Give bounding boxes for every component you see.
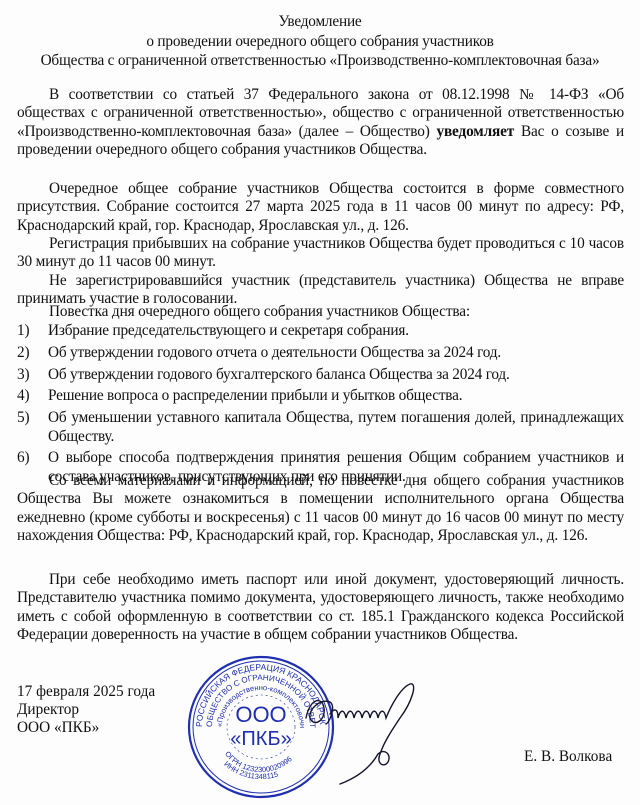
signature-date: 17 февраля 2025 года bbox=[17, 683, 155, 701]
document-title: Уведомление bbox=[0, 12, 640, 31]
signer-company: ООО «ПКБ» bbox=[17, 719, 99, 737]
document-page: Уведомление о проведении очередного обще… bbox=[0, 0, 640, 805]
handwritten-signature-icon bbox=[300, 678, 440, 788]
agenda-item-number: 3) bbox=[17, 366, 29, 384]
agenda-item-number: 6) bbox=[17, 449, 29, 467]
registration-paragraph: Регистрация прибывших на собрание участн… bbox=[17, 235, 624, 272]
agenda-item-number: 5) bbox=[17, 409, 29, 427]
intro-paragraph: В соответствии со статьей 37 Федеральног… bbox=[17, 86, 624, 160]
agenda-item: 2)Об утверждении годового отчета о деяте… bbox=[17, 344, 624, 362]
agenda-item-text: Об уменьшении уставного капитала Обществ… bbox=[48, 409, 624, 444]
documents-required-paragraph: При себе необходимо иметь паспорт или ин… bbox=[17, 571, 624, 645]
signer-name: Е. В. Волкова bbox=[524, 748, 612, 766]
agenda-item: 3)Об утверждении годового бухгалтерского… bbox=[17, 366, 624, 384]
intro-bold-verb: уведомляет bbox=[436, 123, 514, 140]
agenda-item-number: 1) bbox=[17, 322, 29, 340]
signer-position: Директор bbox=[17, 701, 79, 719]
agenda-item-text: Об утверждении годового отчета о деятель… bbox=[48, 344, 501, 361]
agenda-list: 1)Избрание председательствующего и секре… bbox=[17, 322, 624, 490]
stamp-center-line1: ООО bbox=[235, 702, 286, 727]
meeting-details-paragraph: Очередное общее собрание участников Обще… bbox=[17, 180, 624, 235]
company-full-name: Общества с ограниченной ответственностью… bbox=[0, 51, 640, 70]
agenda-item-text: Избрание председательствующего и секрета… bbox=[48, 322, 409, 339]
agenda-item: 4)Решение вопроса о распределении прибыл… bbox=[17, 387, 624, 405]
agenda-item: 5)Об уменьшении уставного капитала Общес… bbox=[17, 409, 624, 446]
agenda-item-number: 2) bbox=[17, 344, 29, 362]
stamp-center-line2: «ПКБ» bbox=[230, 728, 291, 750]
agenda-item-text: Решение вопроса о распределении прибыли … bbox=[48, 387, 462, 404]
agenda-item-text: Об утверждении годового бухгалтерского б… bbox=[48, 366, 510, 383]
document-subtitle: о проведении очередного общего собрания … bbox=[0, 32, 640, 51]
agenda-item-number: 4) bbox=[17, 387, 29, 405]
materials-paragraph: Со всеми материалами и информацией, по п… bbox=[17, 472, 624, 546]
agenda-item: 1)Избрание председательствующего и секре… bbox=[17, 322, 624, 340]
agenda-heading: Повестка дня очередного общего собрания … bbox=[17, 303, 624, 321]
